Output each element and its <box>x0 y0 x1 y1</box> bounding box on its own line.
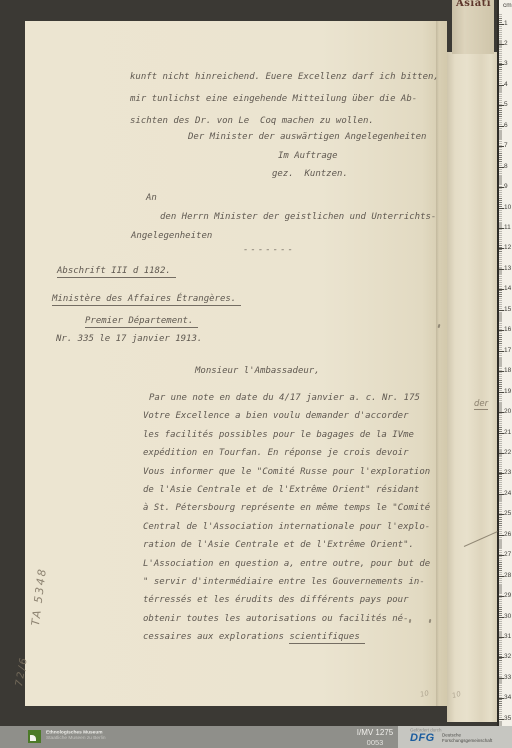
ruler-number: 29 <box>504 592 511 600</box>
ruler-cm-tick <box>499 392 504 393</box>
ruler-cm-tick <box>499 371 504 372</box>
ruler-number: 32 <box>504 653 511 661</box>
ruler-cm-tick <box>499 269 504 270</box>
ruler-cm-tick <box>499 167 504 168</box>
ruler-number: 34 <box>504 694 511 702</box>
text-line: " servir d'intermédiaire entre les Gouve… <box>143 573 430 591</box>
ruler-number: 1 <box>504 20 508 28</box>
ruler-number: 30 <box>504 613 511 621</box>
ruler-number: 35 <box>504 715 511 723</box>
ruler-cm-tick <box>499 228 504 229</box>
ruler-number: 12 <box>504 244 511 252</box>
museum-subtitle: Staatliche Museen zu Berlin <box>46 736 106 742</box>
ruler-cm-tick <box>499 85 504 86</box>
ruler-cm-tick <box>499 698 504 699</box>
pencil-margin-word: der <box>474 399 488 410</box>
signature-line: gez. Kuntzen. <box>272 169 348 179</box>
reference-line: Ministère des Affaires Étrangères. <box>52 294 241 304</box>
salutation: Monsieur l'Ambassadeur, <box>195 366 320 376</box>
text-line: de l'Asie Centrale et de l'Extrême Orien… <box>143 481 430 499</box>
ruler-cm-tick <box>499 657 504 658</box>
underlined-text: Ministère des Affaires Étrangères. <box>52 294 241 306</box>
ruler-cm-tick <box>499 64 504 65</box>
text-line: sichten des Dr. von Le Coq machen zu wol… <box>130 110 439 132</box>
museum-text: Ethnologisches Museum Staatliche Museen … <box>46 730 106 741</box>
ruler-number: 28 <box>504 572 511 580</box>
ruler-number: 9 <box>504 183 508 191</box>
recipient-line: Angelegenheiten <box>131 231 212 241</box>
underlined-text: Abschrift III d 1182. <box>57 266 176 278</box>
ruler-number: 13 <box>504 265 511 273</box>
closing-text: cessaires aux explorations <box>143 632 289 642</box>
ruler-number: 20 <box>504 408 511 416</box>
underlying-page-stamp-text: Asiati <box>456 0 491 9</box>
ruler-number: 25 <box>504 510 511 518</box>
ruler-number: 33 <box>504 674 511 682</box>
ruler-cm-tick <box>499 24 504 25</box>
pencil-mark <box>429 619 432 623</box>
ruler-cm-tick <box>499 719 504 720</box>
underlying-page-edge <box>447 52 497 722</box>
text-line: à St. Pétersbourg représente en même tem… <box>143 499 430 517</box>
german-letter-body: kunft nicht hinreichend. Euere Excellenz… <box>130 66 439 132</box>
pencil-mark <box>438 324 441 328</box>
divider-dashes: ------- <box>243 245 295 255</box>
ruler-number: 3 <box>504 60 508 68</box>
ruler-cm-tick <box>499 146 504 147</box>
text-line: Par une note en date du 4/17 janvier a. … <box>143 389 430 407</box>
text-line: obtenir toutes les autorisations ou faci… <box>143 610 430 628</box>
reference-line: Nr. 335 le 17 janvier 1913. <box>56 334 202 344</box>
signature-line: Im Auftrage <box>278 151 338 161</box>
ruler-number: 14 <box>504 285 511 293</box>
ruler-cm-tick <box>499 330 504 331</box>
ruler-cm-tick <box>499 555 504 556</box>
underlined-word: scientifiques <box>289 632 364 644</box>
ruler-cm-tick <box>499 126 504 127</box>
ruler-number: 18 <box>504 367 511 375</box>
ruler-number: 11 <box>504 224 511 232</box>
museum-branding: Ethnologisches Museum Staatliche Museen … <box>28 729 120 743</box>
ruler-unit-label: cm <box>503 2 512 10</box>
text-line: cessaires aux explorations scientifiques <box>143 628 430 646</box>
ruler-number: 7 <box>504 142 508 150</box>
text-line: térressés et les érudits des différents … <box>143 591 430 609</box>
dfg-branding: Gefördert durch DFG Deutsche Forschungsg… <box>398 726 512 748</box>
underlined-text: Premier Département. <box>85 316 198 328</box>
ruler-number: 27 <box>504 551 511 559</box>
ruler-cm-tick <box>499 576 504 577</box>
ruler-cm-tick <box>499 453 504 454</box>
ruler-number: 24 <box>504 490 511 498</box>
french-letter-body: Par une note en date du 4/17 janvier a. … <box>143 389 430 647</box>
text-line: les facilités possibles pour le bagages … <box>143 426 430 444</box>
ruler-cm-tick <box>499 44 504 45</box>
reference-line: Abschrift III d 1182. <box>57 266 176 276</box>
reference-line: Premier Département. <box>85 316 198 326</box>
dfg-logo-icon: DFG <box>410 732 435 744</box>
ruler-number: 31 <box>504 633 511 641</box>
ruler-cm-tick <box>499 289 504 290</box>
scanned-document-viewer: Asiati cm1234567891011121314151617181920… <box>0 0 512 748</box>
signature-line: Der Minister der auswärtigen Angelegenhe… <box>188 132 426 142</box>
ruler-cm-tick <box>499 310 504 311</box>
ruler-cm-tick <box>499 187 504 188</box>
ruler-cm-tick <box>499 514 504 515</box>
ruler-number: 2 <box>504 40 508 48</box>
ruler-number: 8 <box>504 163 508 171</box>
ruler-cm-tick <box>499 494 504 495</box>
ruler-number: 21 <box>504 429 511 437</box>
text-line: ration de l'Asie Centrale et de l'Extrêm… <box>143 536 430 554</box>
funder-name: Deutsche Forschungsgemeinschaft <box>442 734 505 744</box>
ruler-cm-tick <box>499 433 504 434</box>
text-line: L'Association en question a, entre outre… <box>143 555 430 573</box>
text-line: mir tunlichst eine eingehende Mitteilung… <box>130 88 439 110</box>
recipient-line: An <box>146 193 157 203</box>
ruler-number: 4 <box>504 81 508 89</box>
ruler-cm-tick <box>499 535 504 536</box>
ruler-number: 22 <box>504 449 511 457</box>
ruler-cm-tick <box>499 412 504 413</box>
ruler-number: 17 <box>504 347 511 355</box>
ruler-cm-tick <box>499 637 504 638</box>
ethnologisches-museum-logo-icon <box>28 730 41 743</box>
ruler-cm-tick <box>499 248 504 249</box>
ruler-number: 19 <box>504 388 511 396</box>
ruler-number: 23 <box>504 469 511 477</box>
recipient-line: den Herrn Minister der geistlichen und U… <box>160 212 436 222</box>
ruler-number: 6 <box>504 122 508 130</box>
ruler-number: 15 <box>504 306 511 314</box>
text-line: Central de l'Association internationale … <box>143 518 430 536</box>
text-line: expédition en Tourfan. En réponse je cro… <box>143 444 430 462</box>
ruler-cm-tick <box>499 208 504 209</box>
ruler-number: 10 <box>504 204 511 212</box>
footer-bar: Ethnologisches Museum Staatliche Museen … <box>0 726 512 748</box>
ruler-number: 16 <box>504 326 511 334</box>
ruler-cm-tick <box>499 105 504 106</box>
measuring-ruler: cm12345678910111213141516171819202122232… <box>497 0 512 748</box>
underlying-page-top-tab: Asiati <box>452 0 494 54</box>
text-line: Votre Excellence a bien voulu demander d… <box>143 407 430 425</box>
ruler-cm-tick <box>499 596 504 597</box>
text-line: kunft nicht hinreichend. Euere Excellenz… <box>130 66 439 88</box>
ruler-cm-tick <box>499 351 504 352</box>
document-page: kunft nicht hinreichend. Euere Excellenz… <box>25 21 447 706</box>
ruler-number: 26 <box>504 531 511 539</box>
ruler-cm-tick <box>499 473 504 474</box>
ruler-cm-tick <box>499 617 504 618</box>
ruler-number: 5 <box>504 101 508 109</box>
ruler-cm-tick <box>499 678 504 679</box>
text-line: Vous informer que le "Comité Russe pour … <box>143 463 430 481</box>
